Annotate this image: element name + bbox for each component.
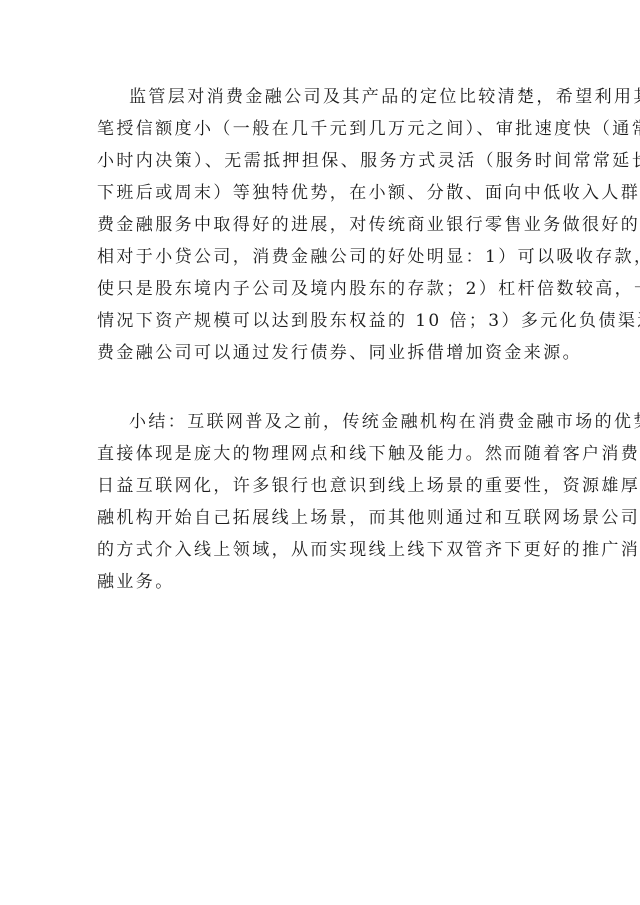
text-line: 小时内决策）、无需抵押担保、服务方式灵活（服务时间常常延长到: [97, 145, 543, 177]
text-line: 下班后或周末）等独特优势，在小额、分散、面向中低收入人群的消: [97, 177, 543, 209]
paragraph-spacer: [97, 369, 543, 406]
paragraph-summary: 小结：互联网普及之前，传统金融机构在消费金融市场的优势最 直接体现是庞大的物理网…: [97, 406, 543, 598]
text-line: 直接体现是庞大的物理网点和线下触及能力。然而随着客户消费活动: [97, 438, 543, 470]
text-line: 融业务。: [97, 566, 543, 598]
text-line: 情况下资产规模可以达到股东权益的 10 倍；3）多元化负债渠道，消: [97, 305, 543, 337]
text-line: 笔授信额度小（一般在几千元到几万元之间）、审批速度快（通常 1: [97, 113, 543, 145]
text-line: 使只是股东境内子公司及境内股东的存款；2）杠杆倍数较高，一般: [97, 273, 543, 305]
text-line: 日益互联网化，许多银行也意识到线上场景的重要性，资源雄厚的金: [97, 470, 543, 502]
text-line: 费金融服务中取得好的进展，对传统商业银行零售业务做很好的补充。: [97, 209, 543, 241]
text-line: 费金融公司可以通过发行债券、同业拆借增加资金来源。: [97, 337, 543, 369]
paragraph-regulatory-positioning: 监管层对消费金融公司及其产品的定位比较清楚，希望利用其单 笔授信额度小（一般在几…: [97, 81, 543, 369]
document-page: 监管层对消费金融公司及其产品的定位比较清楚，希望利用其单 笔授信额度小（一般在几…: [97, 81, 543, 598]
text-line: 相对于小贷公司，消费金融公司的好处明显：1）可以吸收存款，即: [97, 241, 543, 273]
text-line: 小结：互联网普及之前，传统金融机构在消费金融市场的优势最: [97, 406, 543, 438]
text-line: 融机构开始自己拓展线上场景，而其他则通过和互联网场景公司合作: [97, 502, 543, 534]
text-line: 监管层对消费金融公司及其产品的定位比较清楚，希望利用其单: [97, 81, 543, 113]
text-line: 的方式介入线上领域，从而实现线上线下双管齐下更好的推广消费金: [97, 534, 543, 566]
